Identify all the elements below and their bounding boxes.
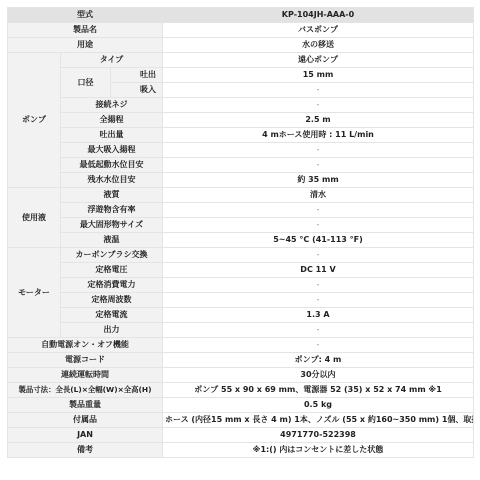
spec-value: - <box>163 158 474 173</box>
spec-value: ※1:() 内はコンセントに差した状態 <box>163 443 474 458</box>
table-row: 接続ネジ - <box>8 98 474 113</box>
table-row: 吐出量 4 mホース使用時 : 11 L/min <box>8 128 474 143</box>
spec-label: タイプ <box>61 53 163 68</box>
spec-value: - <box>163 338 474 353</box>
table-row: JAN 4971770-522398 <box>8 428 474 443</box>
group-label-liquid: 使用液 <box>8 188 61 248</box>
spec-label: 定格消費電力 <box>61 278 163 293</box>
table-row: 液温 5~45 °C (41-113 °F) <box>8 233 474 248</box>
spec-label: 備考 <box>8 443 163 458</box>
spec-value: - <box>163 323 474 338</box>
spec-value: - <box>163 143 474 158</box>
spec-value: - <box>163 248 474 263</box>
spec-label: JAN <box>8 428 163 443</box>
table-row: 製品重量 0.5 kg <box>8 398 474 413</box>
spec-value: 約 35 mm <box>163 173 474 188</box>
group-label-pump: ポンプ <box>8 53 61 188</box>
table-row: 浮遊物含有率 - <box>8 203 474 218</box>
spec-label: 定格電流 <box>61 308 163 323</box>
table-row: ポンプ タイプ 遠心ポンプ <box>8 53 474 68</box>
table-row: 残水水位目安 約 35 mm <box>8 173 474 188</box>
group-label-motor: モーター <box>8 248 61 338</box>
table-row: 口径 吐出 15 mm <box>8 68 474 83</box>
table-row: 最大固形物サイズ - <box>8 218 474 233</box>
spec-label: 最大固形物サイズ <box>61 218 163 233</box>
spec-value: 1.3 A <box>163 308 474 323</box>
spec-label: 製品寸法：全長(L)×全幅(W)×全高(H) <box>8 383 163 398</box>
spec-label: 定格電圧 <box>61 263 163 278</box>
spec-value: - <box>163 293 474 308</box>
spec-label: 製品重量 <box>8 398 163 413</box>
spec-label: 接続ネジ <box>61 98 163 113</box>
spec-label: 型式 <box>8 8 163 23</box>
spec-value: 0.5 kg <box>163 398 474 413</box>
spec-label: 全揚程 <box>61 113 163 128</box>
spec-label: 連続運転時間 <box>8 368 163 383</box>
table-row: 自動電源オン・オフ機能 - <box>8 338 474 353</box>
spec-value: - <box>163 278 474 293</box>
table-row: 付属品 ホース (内径15 mm x 長さ 4 m) 1本、ノズル (55 x … <box>8 413 474 428</box>
spec-value: 遠心ポンプ <box>163 53 474 68</box>
spec-value: 清水 <box>163 188 474 203</box>
spec-value: - <box>163 218 474 233</box>
spec-label: 出力 <box>61 323 163 338</box>
table-row: 製品寸法：全長(L)×全幅(W)×全高(H) ポンプ 55 x 90 x 69 … <box>8 383 474 398</box>
table-row: 製品名 バスポンプ <box>8 23 474 38</box>
spec-label: 吐出量 <box>61 128 163 143</box>
spec-value: バスポンプ <box>163 23 474 38</box>
table-row: 定格消費電力 - <box>8 278 474 293</box>
spec-label: 付属品 <box>8 413 163 428</box>
table-row: 用途 水の移送 <box>8 38 474 53</box>
spec-label-bore: 口径 <box>61 68 111 98</box>
table-row: 電源コード ポンプ: 4 m <box>8 353 474 368</box>
spec-label: 残水水位目安 <box>61 173 163 188</box>
spec-value: 4971770-522398 <box>163 428 474 443</box>
table-row: 全揚程 2.5 m <box>8 113 474 128</box>
spec-label: 吐出 <box>111 68 163 83</box>
spec-label: 自動電源オン・オフ機能 <box>8 338 163 353</box>
spec-label: 最大吸入揚程 <box>61 143 163 158</box>
spec-value: - <box>163 203 474 218</box>
spec-label: 液質 <box>61 188 163 203</box>
spec-label: 定格周波数 <box>61 293 163 308</box>
spec-value: ポンプ 55 x 90 x 69 mm、電源器 52 (35) x 52 x 7… <box>163 383 474 398</box>
spec-value: 5~45 °C (41-113 °F) <box>163 233 474 248</box>
spec-label: 最低起動水位目安 <box>61 158 163 173</box>
table-row: 最低起動水位目安 - <box>8 158 474 173</box>
spec-label: 製品名 <box>8 23 163 38</box>
spec-value: - <box>163 98 474 113</box>
spec-label: カーボンブラシ交換 <box>61 248 163 263</box>
table-row: 定格周波数 - <box>8 293 474 308</box>
table-row: 備考 ※1:() 内はコンセントに差した状態 <box>8 443 474 458</box>
spec-value: - <box>163 83 474 98</box>
spec-table: 型式 KP-104JH-AAA-0 製品名 バスポンプ 用途 水の移送 ポンプ … <box>7 7 474 458</box>
table-row: 連続運転時間 30分以内 <box>8 368 474 383</box>
spec-value: 15 mm <box>163 68 474 83</box>
table-row: 定格電流 1.3 A <box>8 308 474 323</box>
table-row: 型式 KP-104JH-AAA-0 <box>8 8 474 23</box>
spec-label: 吸入 <box>111 83 163 98</box>
table-row: 定格電圧 DC 11 V <box>8 263 474 278</box>
spec-label: 用途 <box>8 38 163 53</box>
spec-value: ポンプ: 4 m <box>163 353 474 368</box>
spec-value: 30分以内 <box>163 368 474 383</box>
spec-value: 4 mホース使用時 : 11 L/min <box>163 128 474 143</box>
spec-value: DC 11 V <box>163 263 474 278</box>
table-row: 最大吸入揚程 - <box>8 143 474 158</box>
spec-value: KP-104JH-AAA-0 <box>163 8 474 23</box>
table-row: 使用液 液質 清水 <box>8 188 474 203</box>
spec-value: 2.5 m <box>163 113 474 128</box>
spec-label: 浮遊物含有率 <box>61 203 163 218</box>
spec-label: 液温 <box>61 233 163 248</box>
spec-label: 電源コード <box>8 353 163 368</box>
spec-value: 水の移送 <box>163 38 474 53</box>
spec-value: ホース (内径15 mm x 長さ 4 m) 1本、ノズル (55 x 約160… <box>163 413 474 428</box>
table-row: モーター カーボンブラシ交換 - <box>8 248 474 263</box>
table-row: 出力 - <box>8 323 474 338</box>
